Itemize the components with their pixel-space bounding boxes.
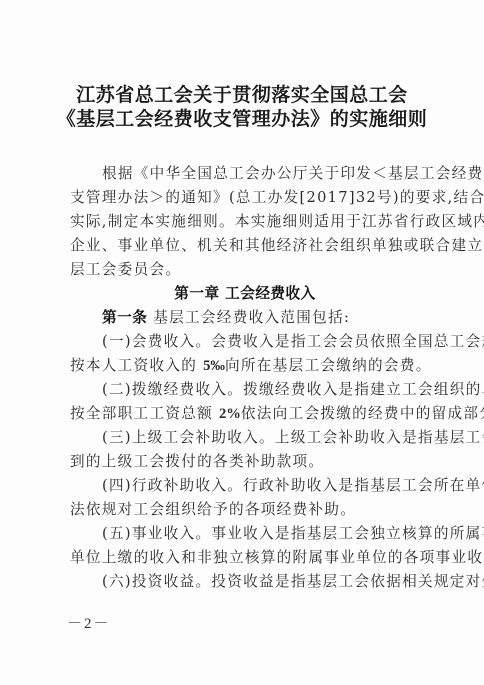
- document-body: 根据《中华全国总工会办公厅关于印发＜基层工会经费收 支管理办法＞的通知》(总工办…: [70, 162, 420, 594]
- item-3-line-2: 到的上级工会拨付的各类补助款项。: [70, 450, 420, 474]
- item-3-line-1: (三)上级工会补助收入。上级工会补助收入是指基层工会收: [70, 426, 420, 450]
- item-5-line-2: 单位上缴的收入和非独立核算的附属事业单位的各项事业收入。: [70, 546, 420, 570]
- item-4-line-2: 法依规对工会组织给予的各项经费补助。: [70, 498, 420, 522]
- document-title-line-2: 《基层工会经费收支管理办法》的实施细则: [0, 107, 484, 131]
- item-6-line-1: (六)投资收益。投资收益是指基层工会依据相关规定对外投: [70, 570, 420, 594]
- preamble-line: 实际,制定本实施细则。本实施细则适用于江苏省行政区域内的: [70, 210, 420, 234]
- chapter-heading: 第一章 工会经费收入: [70, 282, 420, 306]
- item-text: 按全部职工工资总额: [70, 405, 219, 422]
- article-text: 基层工会经费收入范围包括:: [147, 309, 350, 326]
- preamble-line: 根据《中华全国总工会办公厅关于印发＜基层工会经费收: [70, 162, 420, 186]
- item-text: 依法向工会拨缴的经费中的留成部分。: [241, 405, 484, 422]
- preamble-line: 支管理办法＞的通知》(总工办发[2017]32号)的要求,结合我省: [70, 186, 420, 210]
- rate-value: 5‰: [203, 358, 225, 374]
- item-1-line-2: 按本人工资收入的 5‰向所在基层工会缴纳的会费。: [70, 354, 420, 378]
- article-label: 第一条: [102, 309, 147, 326]
- document-title-line-1: 江苏省总工会关于贯彻落实全国总工会: [0, 83, 484, 107]
- rate-value: 2%: [219, 406, 241, 422]
- preamble-line: 层工会委员会。: [70, 258, 420, 282]
- preamble-line: 企业、事业单位、机关和其他经济社会组织单独或联合建立的基: [70, 234, 420, 258]
- item-1-line-1: (一)会费收入。会费收入是指工会会员依照全国总工会规定: [70, 330, 420, 354]
- item-5-line-1: (五)事业收入。事业收入是指基层工会独立核算的所属事业: [70, 522, 420, 546]
- page-number: －2－: [67, 612, 111, 633]
- article-1: 第一条 基层工会经费收入范围包括:: [70, 306, 420, 330]
- item-2-line-2: 按全部职工工资总额 2%依法向工会拨缴的经费中的留成部分。: [70, 402, 420, 426]
- item-2-line-1: (二)拨缴经费收入。拨缴经费收入是指建立工会组织的单位: [70, 378, 420, 402]
- item-text: 向所在基层工会缴纳的会费。: [225, 357, 432, 374]
- item-text: 按本人工资收入的: [70, 357, 203, 374]
- item-4-line-1: (四)行政补助收入。行政补助收入是指基层工会所在单位依: [70, 474, 420, 498]
- document-page: 江苏省总工会关于贯彻落实全国总工会 《基层工会经费收支管理办法》的实施细则 根据…: [0, 0, 484, 685]
